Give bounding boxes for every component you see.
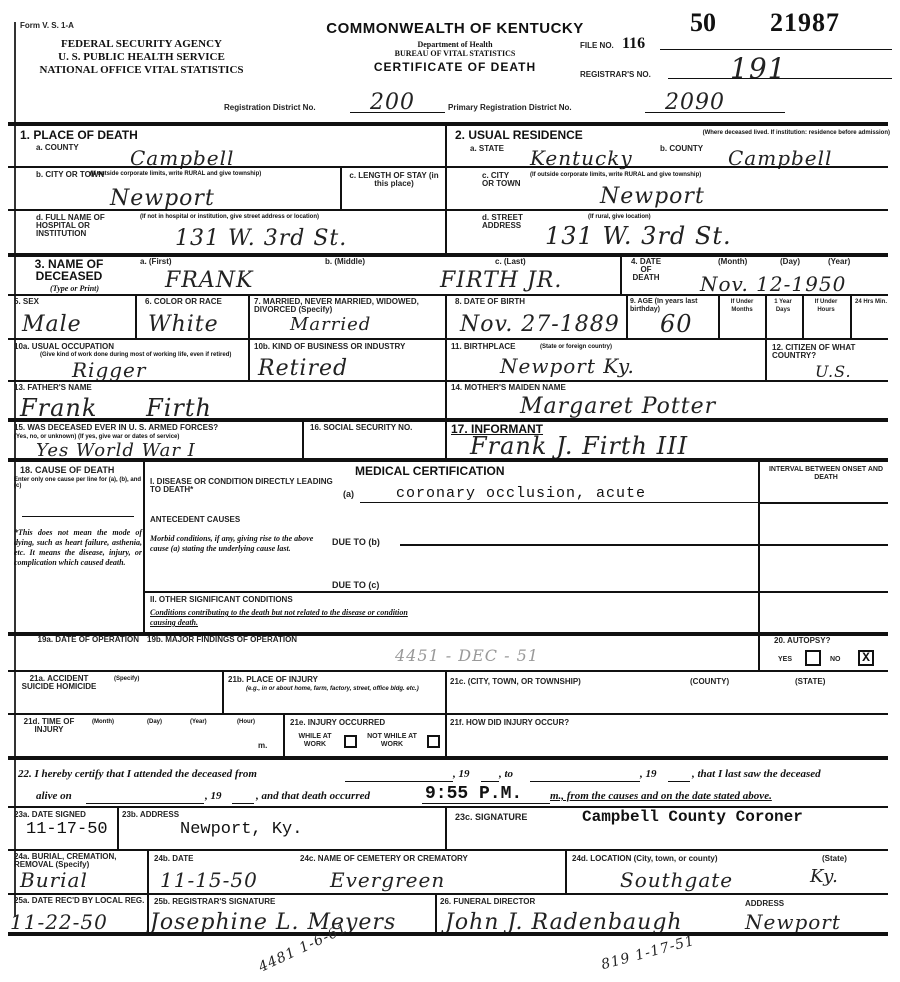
rec-date-label: 25a. DATE REC'D BY LOCAL REG. xyxy=(14,897,146,905)
cause-note: Enter only one cause per line for (a), (… xyxy=(14,477,142,489)
race-value[interactable]: White xyxy=(148,312,219,337)
name-label: 3. NAME OF DECEASED xyxy=(14,258,124,282)
time-col-month: (Month) xyxy=(92,719,114,725)
last-name-value[interactable]: FIRTH JR. xyxy=(440,268,562,293)
divider xyxy=(445,421,447,459)
street-note: (If rural, give location) xyxy=(588,214,651,220)
citizen-label: 12. CITIZEN OF WHAT COUNTRY? xyxy=(772,344,888,360)
residence-city-label: c. CITY OR TOWN xyxy=(482,172,522,188)
length-of-stay-label: c. LENGTH OF STAY (in this place) xyxy=(346,172,442,188)
not-while-at-work-checkbox[interactable] xyxy=(427,735,440,748)
cause-rule xyxy=(22,516,134,517)
marital-value[interactable]: Married xyxy=(290,314,371,335)
not-while-at-work-label: NOT WHILE AT WORK xyxy=(358,733,426,749)
divider xyxy=(718,295,720,339)
city-note: (If outside corporate limits, write RURA… xyxy=(90,171,340,177)
under1-days-label: 1 Year Days xyxy=(768,298,798,314)
injury-state-label: (STATE) xyxy=(795,678,825,686)
funeral-director-label: 26. FUNERAL DIRECTOR xyxy=(440,898,535,906)
autopsy-yes-checkbox[interactable] xyxy=(805,650,821,666)
while-at-work-label: WHILE AT WORK xyxy=(290,733,340,749)
father-label: 13. FATHER'S NAME xyxy=(14,384,92,392)
form-bottom-rule xyxy=(8,932,888,936)
divider xyxy=(8,849,888,851)
signature-stamp: Campbell County Coroner xyxy=(582,808,803,826)
autopsy-no-label: NO xyxy=(830,656,841,664)
divider xyxy=(620,255,622,295)
autopsy-yes-label: YES xyxy=(778,656,792,664)
cause-a-line xyxy=(360,502,758,503)
antecedent-label: ANTECEDENT CAUSES xyxy=(150,516,240,524)
cert-alive-year-line xyxy=(232,803,254,804)
street-value[interactable]: 131 W. 3rd St. xyxy=(545,222,732,250)
primary-district-line xyxy=(645,112,785,113)
mother-value[interactable]: Margaret Potter xyxy=(520,394,716,419)
date-of-death-label: 4. DATE OF DEATH xyxy=(626,258,666,282)
agency-line: U. S. PUBLIC HEALTH SERVICE xyxy=(14,51,269,64)
state-label: a. STATE xyxy=(470,145,504,153)
ssn-label: 16. SOCIAL SECURITY NO. xyxy=(310,424,440,432)
day-label: (Day) xyxy=(780,258,800,266)
divider xyxy=(8,418,888,422)
cause-a-value[interactable]: coronary occlusion, acute xyxy=(396,485,646,502)
divider xyxy=(758,634,760,672)
left-margin-rule xyxy=(14,22,16,917)
dob-label: 8. DATE OF BIRTH xyxy=(455,298,525,306)
divider xyxy=(8,166,446,168)
mother-label: 14. MOTHER'S MAIDEN NAME xyxy=(451,384,566,392)
industry-label: 10b. KIND OF BUSINESS OR INDUSTRY xyxy=(254,343,440,351)
injury-city-label: 21c. (CITY, TOWN, OR TOWNSHIP) xyxy=(450,678,581,686)
other-conditions-note: Conditions contributing to the death but… xyxy=(150,608,430,628)
birthplace-note: (State or foreign country) xyxy=(540,344,612,350)
divider xyxy=(117,808,119,850)
divider xyxy=(850,295,852,339)
place-of-injury-label: 21b. PLACE OF INJURY xyxy=(228,676,318,684)
date-signed-label: 23a. DATE SIGNED xyxy=(14,811,86,819)
cert-from-line xyxy=(345,781,453,782)
under1-months-label: If Under Months xyxy=(722,298,762,314)
birthplace-value[interactable]: Newport Ky. xyxy=(500,354,635,378)
time-m: m. xyxy=(258,742,267,750)
time-col-day: (Day) xyxy=(147,719,162,725)
birthplace-label: 11. BIRTHPLACE xyxy=(451,343,515,351)
autopsy-no-checkbox[interactable]: X xyxy=(858,650,874,666)
month-label: (Month) xyxy=(718,258,747,266)
cert-to-line xyxy=(530,781,640,782)
residence-county-label: b. COUNTY xyxy=(660,145,703,153)
interval-label: INTERVAL BETWEEN ONSET AND DEATH xyxy=(764,466,888,482)
divider xyxy=(8,713,888,715)
cert-text-2c: , and that death occurred xyxy=(256,790,370,802)
file-no-label: FILE NO. xyxy=(580,42,614,50)
cemetery-label: 24c. NAME OF CEMETERY OR CREMATORY xyxy=(300,855,468,863)
form-number: Form V. S. 1-A xyxy=(20,22,74,30)
cause-label: 18. CAUSE OF DEATH xyxy=(20,466,114,474)
accident-label: 21a. ACCIDENT SUICIDE HOMICIDE xyxy=(14,675,104,691)
hospital-label: d. FULL NAME OF HOSPITAL OR INSTITUTION xyxy=(36,214,136,238)
divider xyxy=(143,461,145,633)
primary-district-label: Primary Registration District No. xyxy=(448,104,572,112)
while-at-work-checkbox[interactable] xyxy=(344,735,357,748)
cemetery-value[interactable]: Evergreen xyxy=(330,868,445,892)
department: Department of Health xyxy=(285,40,625,49)
under24-min-label: 24 Hrs Min. xyxy=(853,298,889,306)
race-label: 6. COLOR OR RACE xyxy=(145,298,222,306)
registrars-no-line xyxy=(668,78,892,79)
divider xyxy=(8,294,888,296)
bureau: BUREAU OF VITAL STATISTICS xyxy=(285,49,625,58)
hospital-value[interactable]: 131 W. 3rd St. xyxy=(175,226,347,251)
divider xyxy=(765,339,767,381)
divider xyxy=(446,166,888,168)
cert-text-1a: 22. I hereby certify that I attended the… xyxy=(18,768,257,780)
due-c-label: DUE TO (c) xyxy=(332,581,379,589)
sex-value[interactable]: Male xyxy=(22,312,82,337)
cause-footnote: *This does not mean the mode of dying, s… xyxy=(14,528,142,568)
medical-title: MEDICAL CERTIFICATION xyxy=(355,466,505,476)
divider xyxy=(8,756,888,760)
time-of-death-line xyxy=(422,803,550,804)
signature-label: 23c. SIGNATURE xyxy=(455,813,527,821)
cert-text-1e: , that I last saw the deceased xyxy=(692,768,821,780)
cert-text-1b: , 19 xyxy=(453,768,470,780)
location-state-value[interactable]: Ky. xyxy=(810,866,839,887)
divider xyxy=(340,166,342,210)
residence-city-note: (If outside corporate limits, write RURA… xyxy=(530,172,850,178)
first-name-label: a. (First) xyxy=(140,258,172,266)
divider xyxy=(283,715,285,758)
certificate-title: CERTIFICATE OF DEATH xyxy=(285,60,625,74)
registrars-no-label: REGISTRAR'S NO. xyxy=(580,71,651,79)
dob-value[interactable]: Nov. 27-1889 xyxy=(460,312,620,337)
divider xyxy=(802,295,804,339)
op-findings-label: 19b. MAJOR FINDINGS OF OPERATION xyxy=(147,636,297,644)
under24-hours-label: If Under Hours xyxy=(806,298,846,314)
divider xyxy=(135,295,137,339)
time-of-injury-label: 21d. TIME OF INJURY xyxy=(14,718,84,734)
name-note: (Type or Print) xyxy=(50,284,99,293)
state-header: COMMONWEALTH OF KENTUCKY Department of H… xyxy=(285,20,625,74)
marital-label: 7. MARRIED, NEVER MARRIED, WIDOWED, DIVO… xyxy=(254,298,444,314)
divider xyxy=(445,672,447,758)
location-value[interactable]: Southgate xyxy=(620,868,733,892)
burial-method-label: 24a. BURIAL, CREMATION, REMOVAL (Specify… xyxy=(14,853,146,869)
cert-text-1c: , to xyxy=(499,768,513,780)
cert-text-2a: alive on xyxy=(36,790,72,802)
address-label: 23b. ADDRESS xyxy=(122,811,179,819)
reg-district-label: Registration District No. xyxy=(224,104,316,112)
divider xyxy=(8,380,888,382)
divider xyxy=(445,381,447,421)
op-findings-value[interactable]: 4451 - DEC - 51 xyxy=(395,646,539,665)
place-city-value[interactable]: Newport xyxy=(110,186,215,211)
street-label: d. STREET ADDRESS xyxy=(482,214,542,230)
location-state-label: (State) xyxy=(822,855,847,863)
cause-b-line xyxy=(400,544,888,546)
cert-alive-line xyxy=(86,803,204,804)
occupation-label: 10a. USUAL OCCUPATION xyxy=(14,343,114,351)
divider xyxy=(8,893,888,895)
state-title: COMMONWEALTH OF KENTUCKY xyxy=(285,20,625,37)
divider xyxy=(446,209,888,211)
time-of-death-value[interactable]: 9:55 P.M. xyxy=(425,784,522,804)
divider xyxy=(8,458,888,462)
time-col-year: (Year) xyxy=(190,719,207,725)
address-value[interactable]: Newport, Ky. xyxy=(180,820,302,839)
last-name-label: c. (Last) xyxy=(495,258,526,266)
file-no-line xyxy=(660,49,892,50)
file-no: 116 xyxy=(622,35,645,53)
director-address-value[interactable]: Newport xyxy=(745,910,841,934)
cert-to-year-line xyxy=(668,781,690,782)
how-injury-label: 21f. HOW DID INJURY OCCUR? xyxy=(450,719,569,727)
autopsy-no-mark: X xyxy=(860,652,872,664)
due-b-label: DUE TO (b) xyxy=(332,538,380,546)
divider xyxy=(565,851,567,893)
usual-residence-note: (Where deceased lived. If institution: r… xyxy=(645,130,890,136)
citizen-value[interactable]: U.S. xyxy=(815,362,852,381)
cert-text-2b: , 19 xyxy=(205,790,222,802)
divider xyxy=(8,209,446,211)
cause-c-line xyxy=(143,591,888,593)
divider xyxy=(760,502,888,504)
injury-occurred-label: 21e. INJURY OCCURRED xyxy=(290,719,385,727)
director-address-label: ADDRESS xyxy=(745,900,784,908)
margin-annotation-2: 819 1-17-51 xyxy=(600,933,697,973)
middle-name-label: b. (Middle) xyxy=(325,258,365,266)
burial-date-label: 24b. DATE xyxy=(154,855,193,863)
armed-forces-label: 15. WAS DECEASED EVER IN U. S. ARMED FOR… xyxy=(14,424,304,432)
year-label: (Year) xyxy=(828,258,850,266)
divider xyxy=(435,895,437,935)
sex-label: 5. SEX xyxy=(14,298,39,306)
antecedent-note: Morbid conditions, if any, giving rise t… xyxy=(150,534,320,554)
hospital-note: (If not in hospital or institution, give… xyxy=(140,214,440,220)
autopsy-label: 20. AUTOPSY? xyxy=(774,637,830,645)
residence-city-value[interactable]: Newport xyxy=(600,184,705,209)
divider xyxy=(8,670,888,672)
agency-line: NATIONAL OFFICE VITAL STATISTICS xyxy=(14,64,269,77)
burial-method-value[interactable]: Burial xyxy=(20,868,88,892)
divider xyxy=(445,124,447,254)
form-top-rule xyxy=(8,122,888,126)
county-label: a. COUNTY xyxy=(36,144,79,152)
divider xyxy=(222,672,224,714)
reg-district-line xyxy=(350,112,445,113)
rec-date-value[interactable]: 11-22-50 xyxy=(10,910,108,934)
agency-block: FEDERAL SECURITY AGENCY U. S. PUBLIC HEA… xyxy=(14,38,269,77)
op-date-label: 19a. DATE OF OPERATION xyxy=(14,636,139,644)
accident-specify: (Specify) xyxy=(114,676,139,682)
industry-value[interactable]: Retired xyxy=(258,356,348,381)
usual-residence-label: 2. USUAL RESIDENCE xyxy=(455,130,583,140)
place-of-death-label: 1. PLACE OF DEATH xyxy=(20,130,138,140)
divider xyxy=(626,295,628,339)
disease-label: I. DISEASE OR CONDITION DIRECTLY LEADING… xyxy=(150,478,340,494)
cert-from-year-line xyxy=(481,781,499,782)
time-col-hour: (Hour) xyxy=(237,719,255,725)
line-a-label: (a) xyxy=(343,490,354,498)
first-name-value[interactable]: FRANK xyxy=(165,268,253,293)
location-label: 24d. LOCATION (City, town, or county) xyxy=(572,855,717,863)
other-conditions-label: II. OTHER SIGNIFICANT CONDITIONS xyxy=(150,596,293,604)
divider xyxy=(8,632,888,636)
stamp-number: 21987 xyxy=(770,8,840,38)
divider xyxy=(302,421,304,459)
divider xyxy=(758,461,760,633)
divider xyxy=(445,808,447,850)
occupation-value[interactable]: Rigger xyxy=(72,358,146,382)
registrars-no: 191 xyxy=(730,52,786,85)
age-value[interactable]: 60 xyxy=(660,310,693,338)
injury-county-label: (COUNTY) xyxy=(690,678,729,686)
divider xyxy=(765,295,767,339)
place-of-injury-note: (e.g., in or about home, farm, factory, … xyxy=(246,686,442,692)
date-of-death-value[interactable]: Nov. 12-1950 xyxy=(700,272,846,296)
agency-line: FEDERAL SECURITY AGENCY xyxy=(14,38,269,51)
informant-value[interactable]: Frank J. Firth III xyxy=(470,432,688,460)
cert-text-1d: , 19 xyxy=(640,768,657,780)
stamp-year: 50 xyxy=(690,8,716,38)
date-signed-value[interactable]: 11-17-50 xyxy=(26,820,108,839)
cert-text-2d: m., from the causes and on the date stat… xyxy=(550,790,772,802)
registrar-sig-label: 25b. REGISTRAR'S SIGNATURE xyxy=(154,898,275,906)
burial-date-value[interactable]: 11-15-50 xyxy=(160,868,258,892)
divider xyxy=(8,338,888,340)
